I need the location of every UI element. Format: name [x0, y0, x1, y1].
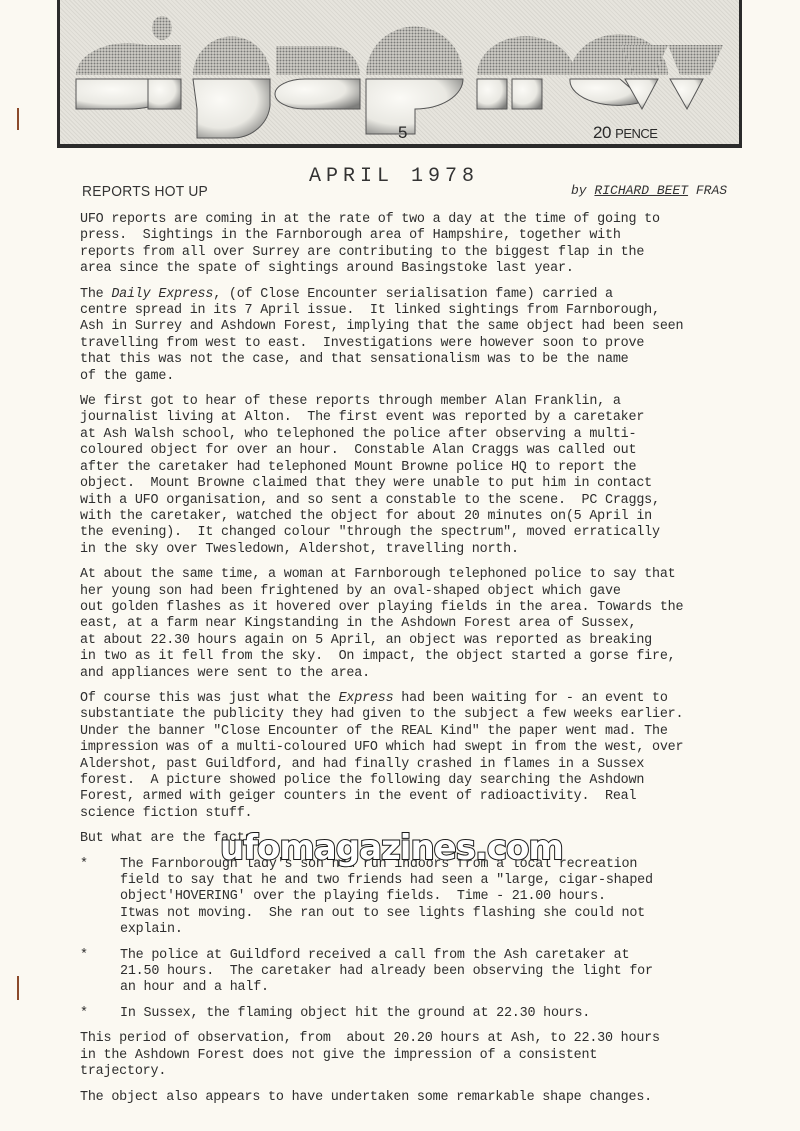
article-headline: REPORTS HOT UP — [82, 183, 208, 200]
margin-mark — [17, 976, 19, 1000]
article-paragraph: We first got to hear of these reports th… — [80, 394, 770, 558]
bullet-text: In Sussex, the flaming object hit the gr… — [120, 1006, 590, 1022]
bullet-text: The police at Guildford received a call … — [120, 948, 653, 997]
issue-date: APRIL 1978 — [309, 165, 479, 188]
article-paragraph: At about the same time, a woman at Farnb… — [80, 567, 770, 682]
price-value: 20 — [593, 123, 611, 142]
closing-paragraph: The object also appears to have undertak… — [80, 1090, 770, 1106]
article-body: UFO reports are coming in at the rate of… — [80, 212, 770, 1115]
byline-author: RICHARD BEET — [594, 183, 688, 198]
publication-name: Express — [339, 691, 394, 706]
issue-number: 5 — [398, 123, 407, 143]
article-paragraph: Of course this was just what the Express… — [80, 691, 770, 822]
byline-suffix: FRAS — [696, 183, 727, 198]
publication-name: Daily Express — [111, 287, 213, 302]
article-paragraph: The Daily Express, (of Close Encounter s… — [80, 287, 770, 385]
price: 20 PENCE — [593, 123, 657, 143]
margin-mark — [17, 108, 19, 130]
closing-paragraph: This period of observation, from about 2… — [80, 1031, 770, 1080]
watermark: ufomagazines.com — [220, 828, 563, 868]
asterisk-icon: * — [80, 857, 120, 939]
bullet-item: *The police at Guildford received a call… — [80, 948, 770, 997]
byline: by RICHARD BEET FRAS — [571, 183, 727, 198]
asterisk-icon: * — [80, 948, 120, 997]
bullet-text: The Farnborough lady's son had run indoo… — [120, 857, 653, 939]
asterisk-icon: * — [80, 1006, 120, 1022]
price-unit: PENCE — [615, 126, 657, 141]
bullet-item: *In Sussex, the flaming object hit the g… — [80, 1006, 770, 1022]
bullet-item: *The Farnborough lady's son had run indo… — [80, 857, 770, 939]
article-paragraph: UFO reports are coming in at the rate of… — [80, 212, 770, 278]
byline-prefix: by — [571, 183, 587, 198]
masthead: 5 20 PENCE — [57, 0, 742, 148]
